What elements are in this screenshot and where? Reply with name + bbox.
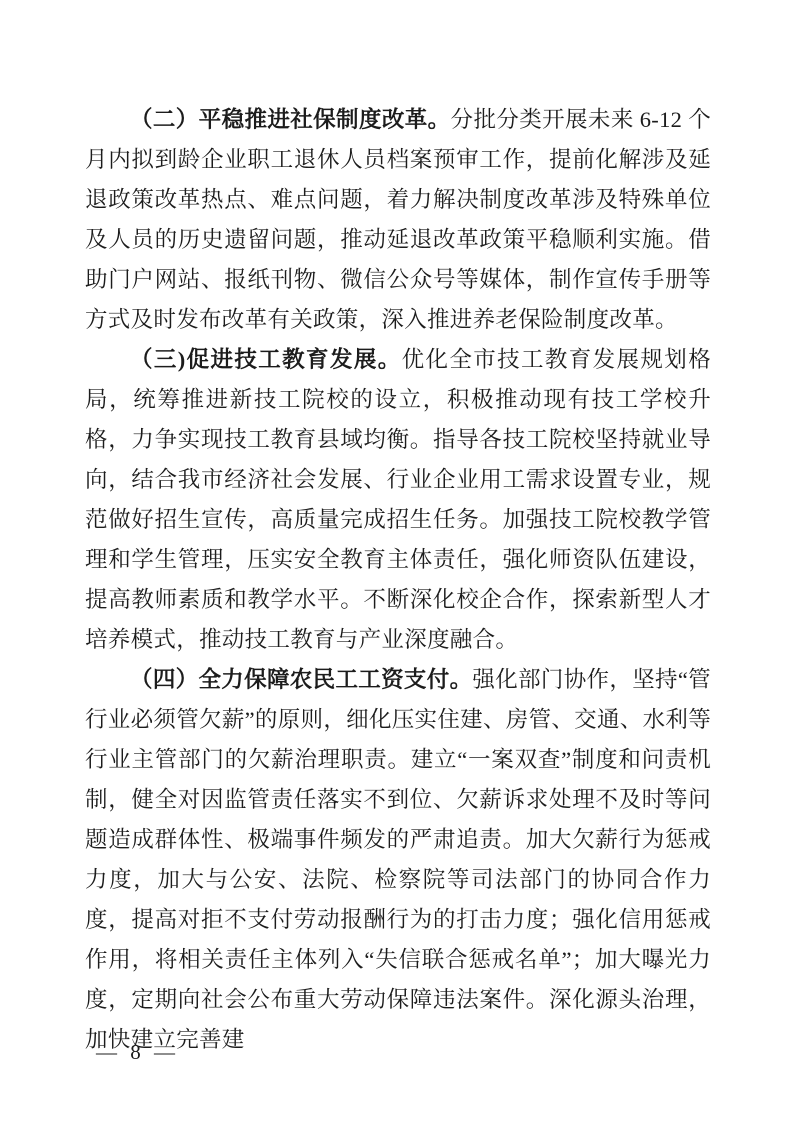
paragraph-4-text: 强化部门协作，坚持“管行业必须管欠薪”的原则，细化压实住建、房管、交通、水利等行… [85, 667, 711, 1052]
paragraph-3-heading: （三)促进技工教育发展。 [130, 347, 402, 372]
document-body: （二）平稳推进社保制度改革。分批分类开展未来 6-12 个月内拟到龄企业职工退休… [85, 100, 711, 1060]
paragraph-3-text: 优化全市技工教育发展规划格局，统筹推进新技工院校的设立，积极推动现有技工学校升格… [85, 347, 711, 652]
paragraph-4: （四）全力保障农民工工资支付。强化部门协作，坚持“管行业必须管欠薪”的原则，细化… [85, 660, 711, 1060]
paragraph-2-heading: （二）平稳推进社保制度改革。 [130, 107, 451, 132]
paragraph-2-text: 分批分类开展未来 6-12 个月内拟到龄企业职工退休人员档案预审工作，提前化解涉… [85, 107, 711, 332]
document-page: （二）平稳推进社保制度改革。分批分类开展未来 6-12 个月内拟到龄企业职工退休… [0, 0, 793, 1122]
paragraph-4-heading: （四）全力保障农民工工资支付。 [130, 667, 472, 692]
page-number: — 8 — [96, 1040, 179, 1064]
paragraph-3: （三)促进技工教育发展。优化全市技工教育发展规划格局，统筹推进新技工院校的设立，… [85, 340, 711, 660]
paragraph-2: （二）平稳推进社保制度改革。分批分类开展未来 6-12 个月内拟到龄企业职工退休… [85, 100, 711, 340]
